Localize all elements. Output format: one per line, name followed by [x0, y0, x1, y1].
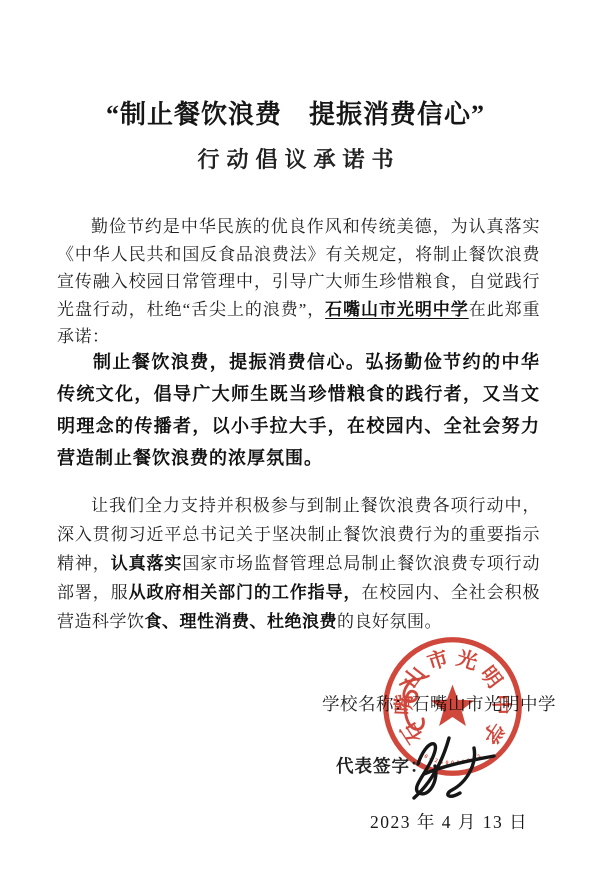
- representative-signature: [394, 730, 502, 808]
- document-title: “制止餐饮浪费 提振消费信心”: [0, 94, 591, 131]
- text-segment: 石嘴山市光明中学: [325, 300, 469, 319]
- text-segment: 食、理性消费、杜绝浪费: [145, 612, 338, 631]
- text-segment: 认真落实: [111, 554, 183, 573]
- svg-text:嘴: 嘴: [391, 693, 416, 715]
- document-subtitle: 行动倡议承诺书: [0, 143, 591, 174]
- text-segment: 制止餐饮浪费，提振消费信心。弘扬勤俭节约的中华传统文化，倡导广大师生既当珍惜粮食…: [57, 352, 540, 468]
- text-segment: 从政府相关部门的工作指导，: [129, 583, 362, 602]
- commitment-letter-page: “制止餐饮浪费 提振消费信心” 行动倡议承诺书 勤俭节约是中华民族的优良作风和传…: [0, 0, 591, 886]
- svg-text:光: 光: [454, 646, 481, 675]
- date-line: 2023 年 4 月 13 日: [370, 809, 528, 834]
- text-segment: 的良好氛围。: [337, 612, 442, 631]
- svg-text:山: 山: [399, 662, 430, 692]
- signature-stroke: [448, 748, 475, 796]
- paragraph-pledge: 制止餐饮浪费，提振消费信心。弘扬勤俭节约的中华传统文化，倡导广大师生既当珍惜粮食…: [57, 346, 540, 474]
- svg-text:中: 中: [489, 694, 514, 715]
- svg-text:明: 明: [475, 662, 506, 692]
- seal-star-icon: [431, 685, 474, 726]
- paragraph-action: 让我们全力支持并积极参与到制止餐饮浪费各项行动中，深入贯彻习近平总书记关于坚决制…: [57, 491, 540, 636]
- paragraph-intro: 勤俭节约是中华民族的优良作风和传统美德，为认真落实《中华人民共和国反食品浪费法》…: [57, 213, 540, 351]
- svg-text:市: 市: [424, 645, 451, 674]
